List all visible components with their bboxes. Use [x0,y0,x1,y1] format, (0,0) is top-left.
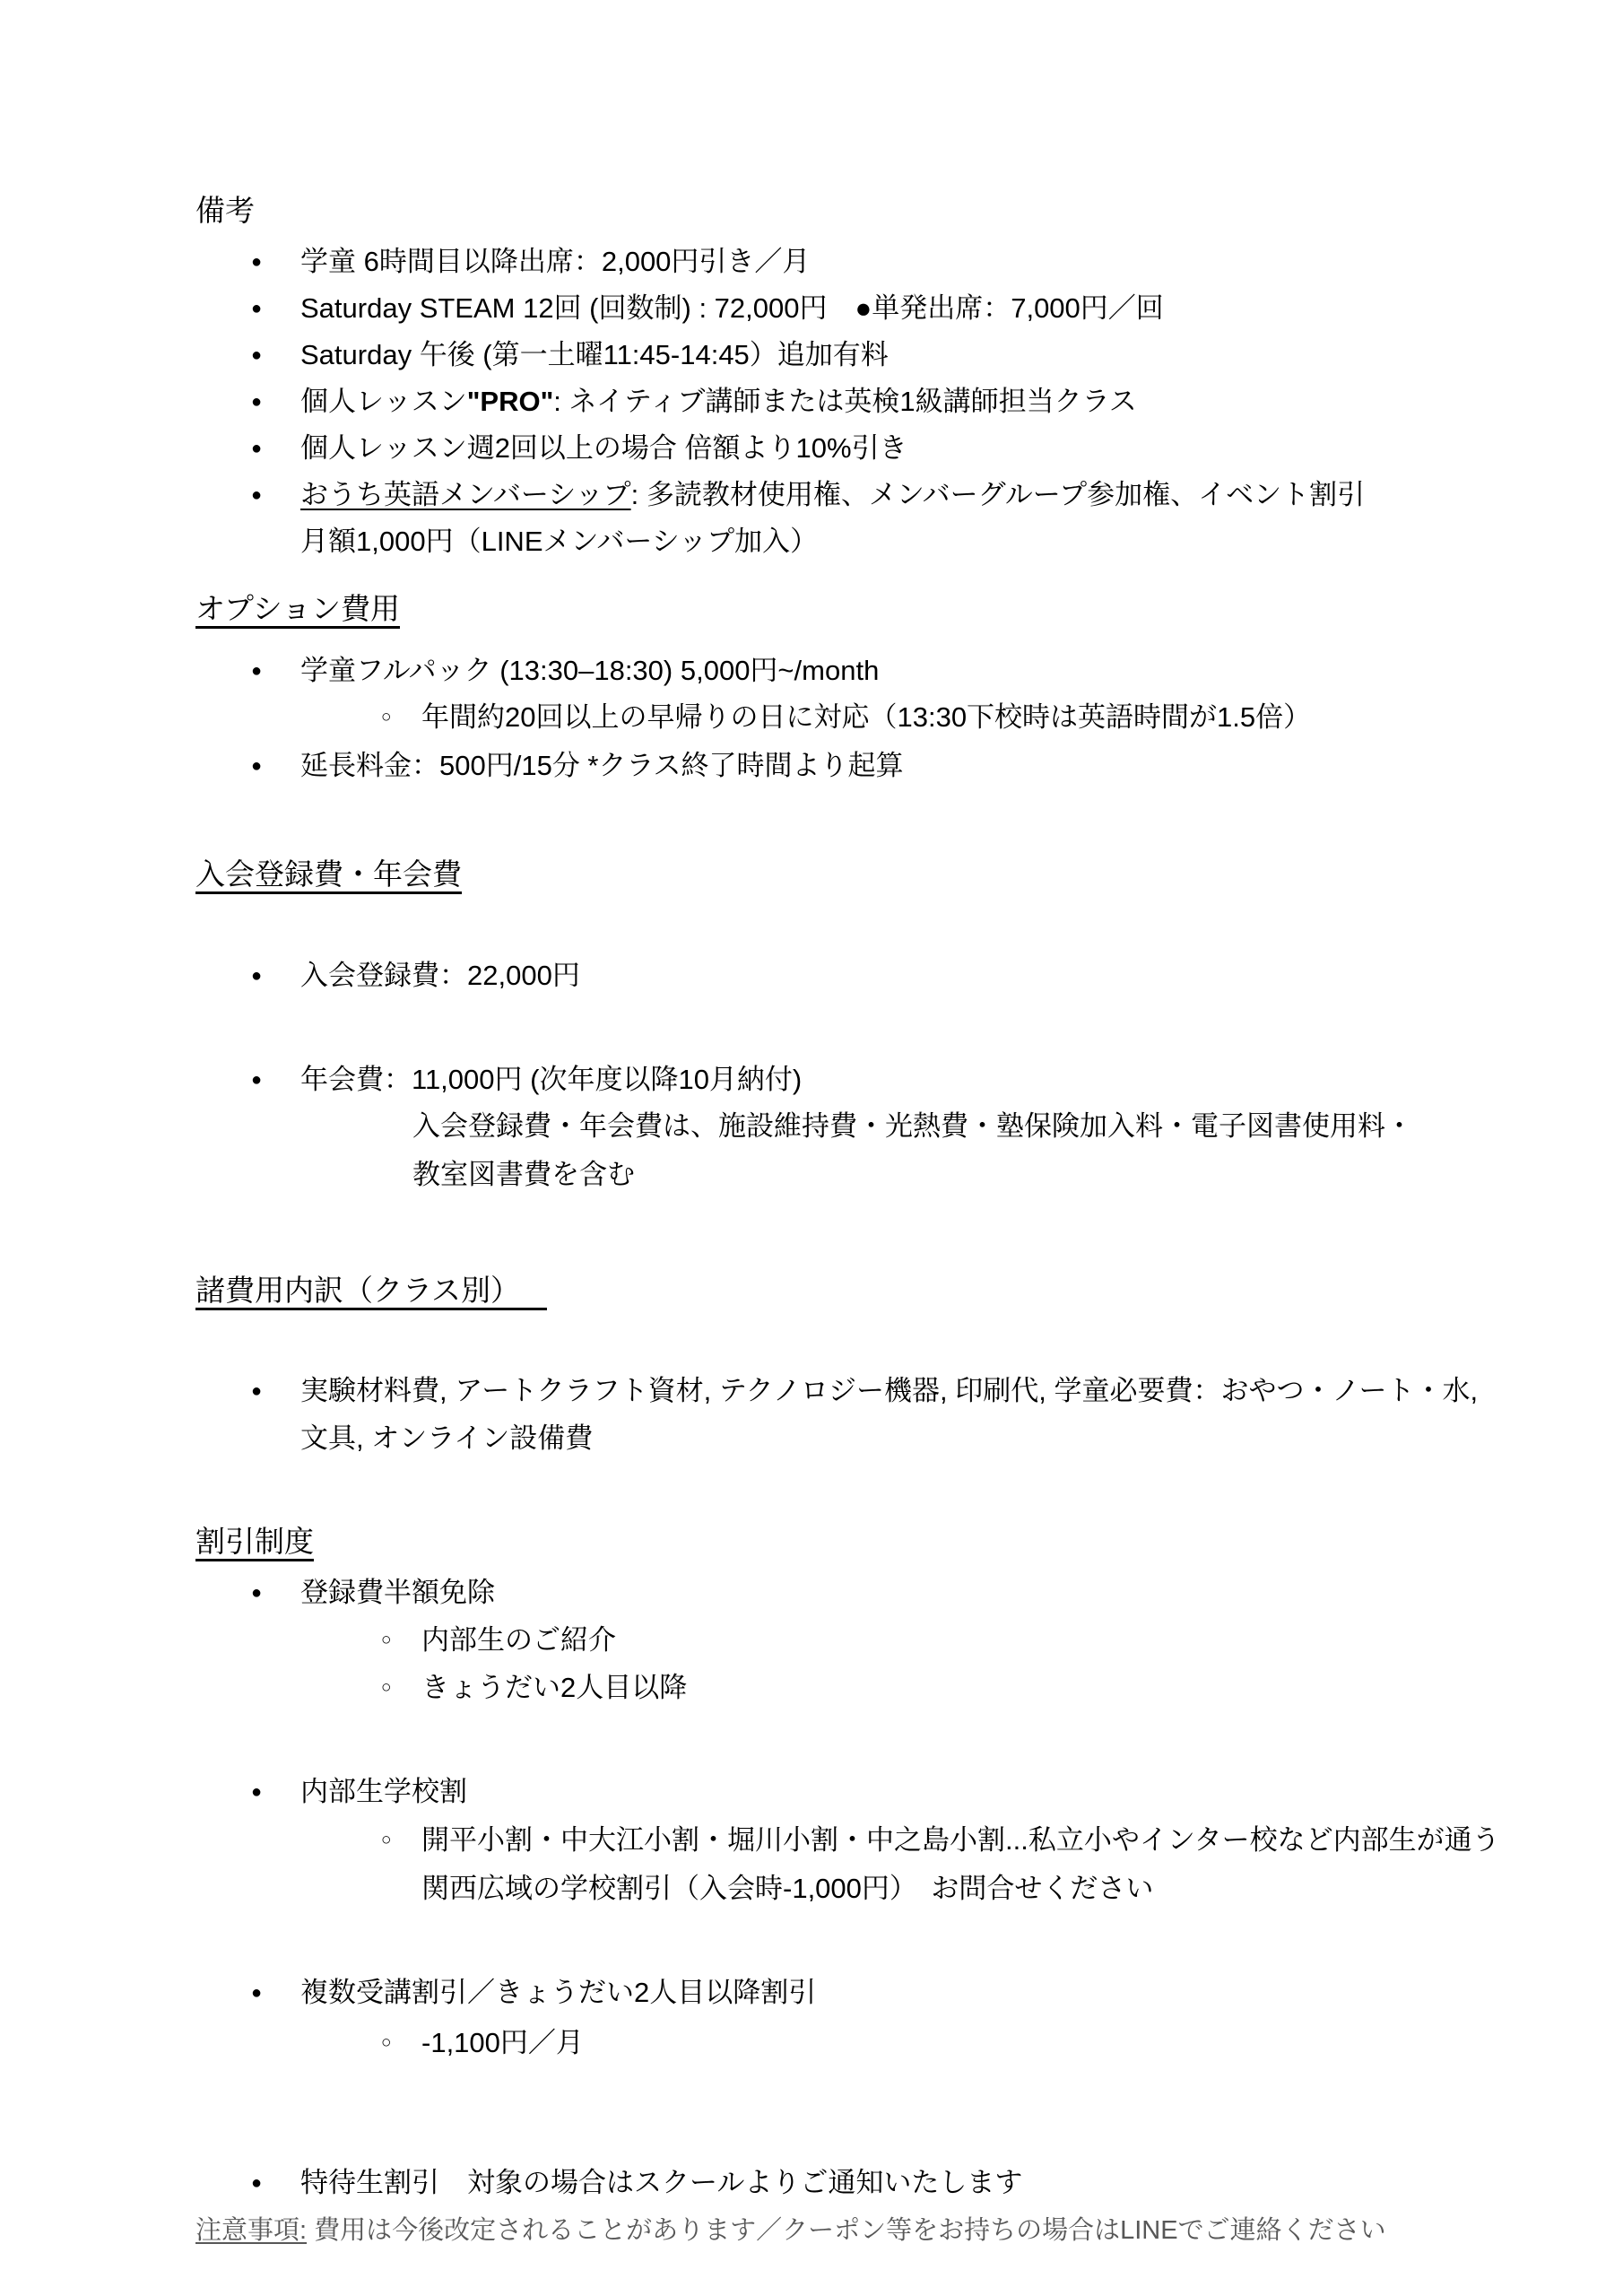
text-run: : 多読教材使用権、メンバーグループ参加権、イベント割引 [631,479,1366,510]
heading-text: 諸費用内訳（クラス別） [195,1274,547,1310]
bullet-circle-icon: ○ [381,1617,421,1664]
list-item: ● 個人レッスン"PRO": ネイティブ講師または英検1級講師担当クラス [0,378,1623,425]
bullet-disc-icon: ● [251,1769,300,1815]
list-item: ● 学童フルパック (13:30–18:30) 5,000円~/month [0,648,1623,694]
list-item: ● 年会費：11,000円 (次年度以降10月納付) [0,1057,1623,1103]
list-item-text: おうち英語メンバーシップ: 多読教材使用権、メンバーグループ参加権、イベント割引 [300,472,1365,518]
list-item: ● 実験材料費, アートクラフト資材, テクノロジー機器, 印刷代, 学童必要費… [0,1368,1623,1414]
list-item-text: 年会費：11,000円 (次年度以降10月納付) [300,1057,802,1103]
bullet-circle-icon: ○ [381,1665,421,1711]
bullet-disc-icon: ● [251,1057,300,1103]
list-item: ● 入会登録費：22,000円 [0,952,1623,999]
list-item-text: 延長料金：500円/15分 *クラス終了時間より起算 [300,743,904,789]
list-item-continuation: 教室図書費を含む [0,1152,1623,1198]
sub-list-item-continuation: 関西広域の学校割引（入会時-1,000円） お問合せください [0,1865,1623,1912]
bullet-disc-icon: ● [251,1368,300,1414]
list-item: ● 学童 6時間目以降出席：2,000円引き／月 [0,239,1623,285]
bullet-disc-icon: ● [251,378,300,425]
footer-note: 注意事項: 費用は今後改定されることがあります／クーポン等をお持ちの場合はLIN… [0,2208,1623,2253]
list-item: ● おうち英語メンバーシップ: 多読教材使用権、メンバーグループ参加権、イベント… [0,472,1623,518]
list-item: ● 特待生割引 対象の場合はスクールよりご通知いたします [0,2160,1623,2206]
list-item-text: 実験材料費, アートクラフト資材, テクノロジー機器, 印刷代, 学童必要費：お… [300,1368,1478,1414]
text-run-underlined: おうち英語メンバーシップ [300,479,631,510]
list-item-text: 内部生学校割 [300,1769,467,1815]
list-item-text: -1,100円／月 [421,2020,584,2066]
text-run: : ネイティブ講師または英検1級講師担当クラス [553,386,1136,417]
list-item-text: 学童フルパック (13:30–18:30) 5,000円~/month [300,648,879,694]
sub-list-item: ○ 内部生のご紹介 [0,1617,1623,1664]
heading-text: 割引制度 [195,1525,314,1561]
bullet-disc-icon: ● [251,648,300,694]
bullet-disc-icon: ● [251,472,300,518]
text-run: 個人レッスン [300,386,467,417]
section-heading-breakdown: 諸費用内訳（クラス別） [0,1266,1623,1315]
bullet-circle-icon: ○ [381,2020,421,2066]
heading-text: 備考 [195,194,255,227]
section-heading-options: オプション費用 [0,585,1623,633]
heading-text: オプション費用 [195,592,400,629]
list-item-text: 文具, オンライン設備費 [300,1415,593,1462]
sub-list-item: ○ -1,100円／月 [0,2020,1623,2066]
list-item-text: きょうだい2人目以降 [421,1665,687,1711]
bullet-disc-icon: ● [251,1970,300,2016]
section-heading-enrollment: 入会登録費・年会費 [0,850,1623,899]
list-item: ● 複数受講割引／きょうだい2人目以降割引 [0,1970,1623,2016]
list-item: ● Saturday 午後 (第一土曜11:45-14:45）追加有料 [0,332,1623,378]
bullet-disc-icon: ● [251,743,300,789]
bullet-disc-icon: ● [251,239,300,285]
bullet-disc-icon: ● [251,1570,300,1616]
bullet-disc-icon: ● [251,285,300,332]
bullet-circle-icon: ○ [381,1817,421,1864]
bullet-disc-icon: ● [251,952,300,999]
list-item: ● 延長料金：500円/15分 *クラス終了時間より起算 [0,743,1623,789]
bullet-disc-icon: ● [251,425,300,472]
list-item: ● 登録費半額免除 [0,1570,1623,1616]
document-page: 備考 ● 学童 6時間目以降出席：2,000円引き／月 ● Saturday S… [0,0,1623,2296]
list-item: ● 内部生学校割 [0,1769,1623,1815]
sub-list-item: ○ 開平小割・中大江小割・堀川小割・中之島小割...私立小やインター校など内部生… [0,1817,1623,1864]
list-item-text: 登録費半額免除 [300,1570,495,1616]
sub-list-item: ○ 年間約20回以上の早帰りの日に対応（13:30下校時は英語時間が1.5倍） [0,694,1623,741]
list-item-text: 複数受講割引／きょうだい2人目以降割引 [300,1970,816,2016]
list-item-text: Saturday STEAM 12回 (回数制) : 72,000円 ●単発出席… [300,285,1164,332]
footer-note-text: 費用は今後改定されることがあります／クーポン等をお持ちの場合はLINEでご連絡く… [307,2216,1386,2245]
list-item-continuation: 入会登録費・年会費は、施設維持費・光熱費・塾保険加入料・電子図書使用料・ [0,1103,1623,1150]
list-item-text: 個人レッスン週2回以上の場合 倍額より10%引き [300,425,907,472]
list-item-continuation: 月額1,000円（LINEメンバーシップ加入） [0,518,1623,565]
sub-list-item: ○ きょうだい2人目以降 [0,1665,1623,1711]
list-item-text: 学童 6時間目以降出席：2,000円引き／月 [300,239,810,285]
heading-text: 入会登録費・年会費 [195,857,462,894]
list-item-text: 入会登録費：22,000円 [300,952,580,999]
list-item: ● 個人レッスン週2回以上の場合 倍額より10%引き [0,425,1623,472]
bullet-disc-icon: ● [251,332,300,378]
list-item-text: 月額1,000円（LINEメンバーシップ加入） [300,518,818,565]
list-item: ● Saturday STEAM 12回 (回数制) : 72,000円 ●単発… [0,285,1623,332]
bullet-disc-icon: ● [251,2160,300,2206]
bullet-circle-icon: ○ [381,694,421,741]
section-heading-discounts: 割引制度 [0,1518,1623,1566]
list-item-text: 特待生割引 対象の場合はスクールよりご通知いたします [300,2160,1022,2206]
list-item-text: 関西広域の学校割引（入会時-1,000円） お問合せください [421,1865,1153,1912]
list-item-text: 入会登録費・年会費は、施設維持費・光熱費・塾保険加入料・電子図書使用料・ [412,1103,1413,1150]
list-item-text: 開平小割・中大江小割・堀川小割・中之島小割...私立小やインター校など内部生が通… [421,1817,1500,1864]
list-item-text: 内部生のご紹介 [421,1617,616,1664]
list-item-text: 教室図書費を含む [412,1152,635,1198]
footer-note-label: 注意事項: [195,2216,307,2245]
section-heading-remarks: 備考 [0,187,1623,235]
list-item-text: Saturday 午後 (第一土曜11:45-14:45）追加有料 [300,332,889,378]
list-item-continuation: 文具, オンライン設備費 [0,1415,1623,1462]
list-item-text: 個人レッスン"PRO": ネイティブ講師または英検1級講師担当クラス [300,378,1137,425]
text-run-bold: "PRO" [467,386,554,417]
list-item-text: 年間約20回以上の早帰りの日に対応（13:30下校時は英語時間が1.5倍） [421,694,1311,741]
